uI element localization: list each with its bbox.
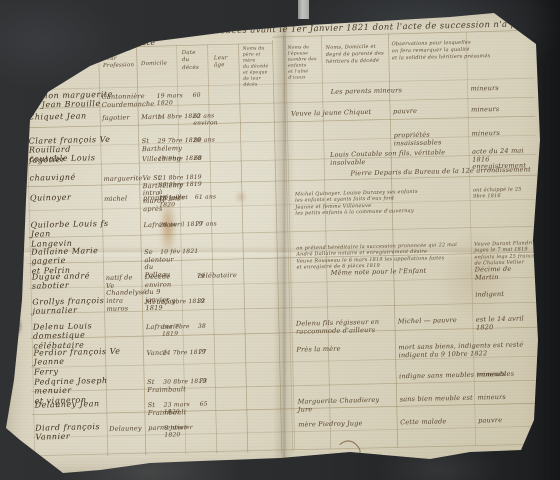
cell-age: 77 ans bbox=[196, 220, 236, 228]
cell-status: mineurs bbox=[471, 105, 533, 114]
cell-profession: michel bbox=[104, 195, 144, 204]
cell-age: 32 bbox=[197, 297, 237, 305]
column-header-heritiers: Noms, Domicile et degré de parenté des h… bbox=[326, 44, 386, 66]
cell-age: 68 bbox=[194, 154, 234, 162]
grid-line bbox=[466, 32, 475, 446]
column-header-epouse: Noms de l'épouse nombre des enfants et l… bbox=[288, 45, 323, 82]
cell-status: indigent bbox=[475, 290, 537, 299]
cell-name: Quilorbe Louis fs Jean Langevin bbox=[30, 219, 119, 249]
cell-age: 60 bbox=[193, 91, 233, 99]
document-paper: Relevé des personnes décédées avant le 1… bbox=[0, 0, 560, 480]
cell-age: 65 bbox=[200, 400, 240, 408]
grid-line bbox=[388, 33, 397, 447]
grid-line bbox=[272, 40, 281, 454]
cell-name: Grollys françois journalier bbox=[32, 296, 120, 317]
cell-date: 8 janvier 1820 bbox=[164, 424, 208, 439]
cell-heirs: Delenu fils régisseur en raccommode d'ai… bbox=[296, 318, 396, 336]
cell-name: Perdior françois Ve Jeanne Ferry bbox=[33, 347, 122, 377]
column-header-observations: Observations pour lesquelles on fera rem… bbox=[392, 39, 512, 62]
grid-line bbox=[283, 36, 292, 452]
cell-status: mineurs bbox=[471, 84, 533, 93]
cell-status: Décime de Martin bbox=[475, 265, 537, 282]
cell-age: 38 bbox=[198, 322, 238, 330]
cell-name: Delauney Jean bbox=[35, 399, 123, 410]
cell-age: 80 ans bbox=[194, 136, 234, 144]
cell-heirs: Michel Quinoyer, Louise Durazey ses enfa… bbox=[295, 188, 466, 217]
cell-profession: marguerite bbox=[104, 175, 144, 184]
cell-profession: Delauney bbox=[109, 425, 149, 434]
cell-note: célébataire bbox=[198, 272, 230, 280]
column-header-date: Date du décès bbox=[182, 50, 208, 73]
table-content: Relevé des personnes décédées avant le 1… bbox=[0, 0, 560, 480]
cell-status: ont échappé le 25 9bre 1816 bbox=[473, 186, 541, 200]
cell-heirs: Marguerite Chaudierey Jure bbox=[298, 396, 398, 414]
cell-profession: fagotier bbox=[102, 114, 142, 123]
cell-age: 77 bbox=[198, 348, 238, 356]
scanner-strip bbox=[298, 0, 309, 19]
grid-line bbox=[208, 45, 217, 454]
cell-age: 73 bbox=[199, 377, 239, 385]
cell-heirs: on prétend héréditaire la succession pro… bbox=[296, 242, 472, 271]
cell-date: 10 fév 1821 bbox=[160, 248, 204, 256]
cell-profession: Cantonnière Courdemanche bbox=[102, 93, 142, 109]
cell-age: 61 ans bbox=[195, 193, 235, 201]
column-header-parents: Noms du père et mère du décédé et époque… bbox=[243, 46, 274, 89]
column-header-domicile: Domicile bbox=[141, 60, 177, 68]
column-header-age: Leur âge bbox=[214, 55, 238, 70]
grid-line bbox=[239, 44, 248, 453]
cell-age: 62 ans environ bbox=[193, 112, 233, 127]
cell-name: coutable Louis bbox=[29, 153, 117, 164]
cell-status: mineurs bbox=[477, 370, 539, 379]
cell-status: mineurs bbox=[478, 393, 540, 402]
grid-line bbox=[285, 36, 294, 450]
grid-line bbox=[25, 78, 535, 90]
grid-line bbox=[321, 35, 330, 449]
cell-obs: propriétés insaisissables bbox=[394, 131, 474, 148]
cell-status: pauvre bbox=[478, 416, 540, 425]
cell-status: est le 14 avril 1820 bbox=[476, 315, 538, 332]
cell-status: mineurs bbox=[472, 129, 534, 138]
